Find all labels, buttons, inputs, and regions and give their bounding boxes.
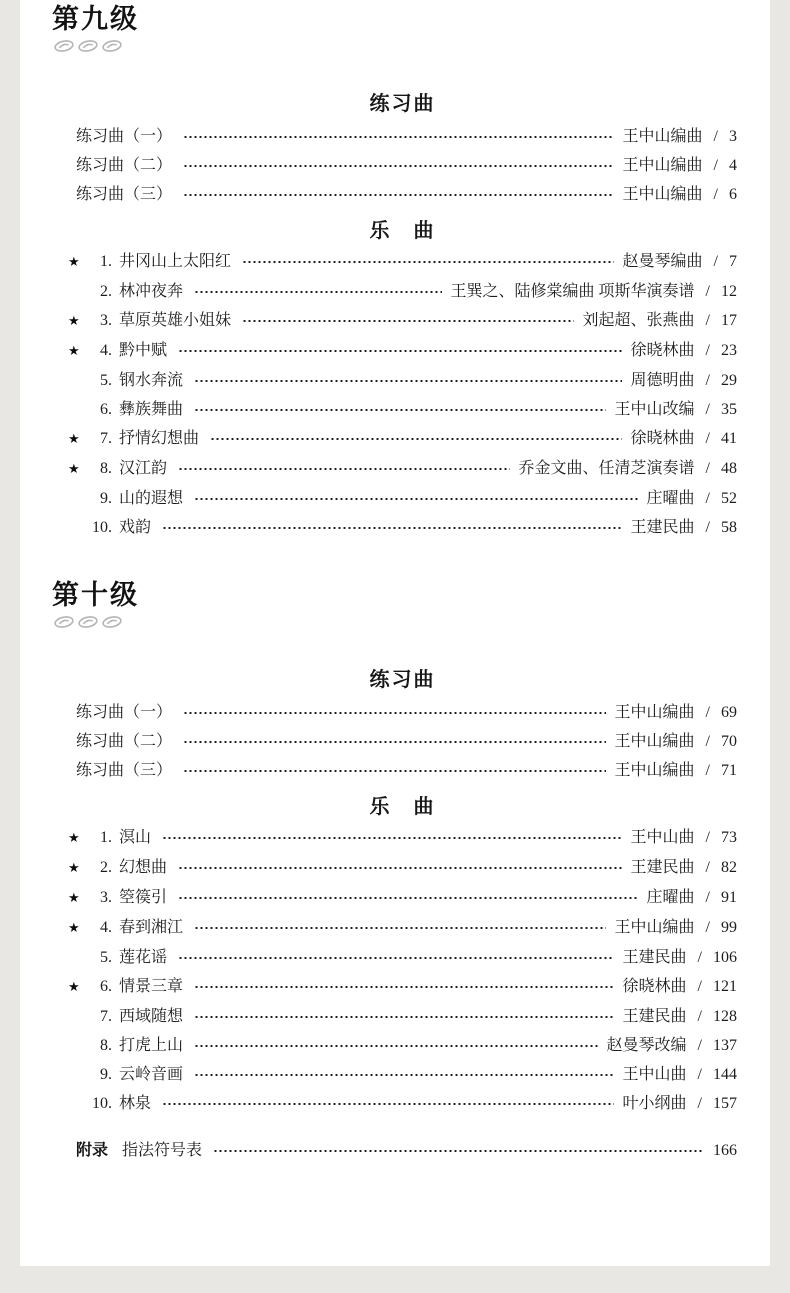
- piece-title: 箜篌引: [119, 889, 167, 907]
- page-separator: /: [706, 460, 710, 477]
- piece-number: 10.: [88, 519, 112, 537]
- appendix-label: 附录: [76, 1142, 108, 1160]
- star-icon: ★: [68, 313, 88, 331]
- toc-row-piece: 7. 西域随想 王建民曲 / 128: [68, 1002, 737, 1031]
- star-icon: ★: [68, 343, 88, 361]
- dot-leader: [162, 527, 622, 529]
- page-number: 3: [729, 128, 737, 145]
- piece-title: 黔中赋: [119, 342, 167, 360]
- page-separator: /: [714, 128, 718, 145]
- page-separator: /: [706, 704, 710, 721]
- toc-page: 第九级 练习曲 练习曲（一） 王中山编曲 /: [20, 0, 770, 1266]
- composer-page: 庄曜曲 / 52: [647, 490, 737, 508]
- page-number: 41: [721, 430, 737, 447]
- toc-row-etude: 练习曲（二） 王中山编曲 / 70: [68, 727, 737, 756]
- page-separator: /: [698, 1066, 702, 1083]
- page-number: 91: [721, 889, 737, 906]
- piece-title: 汉江韵: [119, 460, 167, 478]
- dot-leader: [194, 498, 638, 500]
- composer: 庄曜曲: [647, 490, 695, 507]
- page-number: 7: [729, 253, 737, 270]
- composer-page: 王中山编曲 / 71: [615, 762, 737, 780]
- page-separator: /: [706, 372, 710, 389]
- toc-row-piece: 9. 云岭音画 王中山曲 / 144: [68, 1060, 737, 1089]
- piece-title: 莲花谣: [119, 949, 167, 967]
- composer-page: 周德明曲 / 29: [631, 372, 737, 390]
- page-separator: /: [706, 401, 710, 418]
- composer: 徐晓林曲: [631, 430, 695, 447]
- piece-title: 钢水奔流: [119, 372, 183, 390]
- level-title: 第九级: [52, 2, 737, 36]
- composer: 刘起超、张燕曲: [583, 312, 695, 329]
- page-number: 35: [721, 401, 737, 418]
- toc-row-piece: 5. 莲花谣 王建民曲 / 106: [68, 943, 737, 972]
- page-separator: /: [714, 253, 718, 270]
- piece-title: 练习曲（一）: [76, 128, 172, 146]
- piece-title: 练习曲（三）: [76, 762, 172, 780]
- dot-leader: [178, 897, 638, 899]
- flourish-icon: [54, 614, 124, 630]
- appendix-title: 指法符号表: [122, 1142, 202, 1160]
- piece-title: 云岭音画: [119, 1066, 183, 1084]
- piece-title: 林冲夜奔: [119, 283, 183, 301]
- piece-title: 井冈山上太阳红: [119, 253, 231, 271]
- dot-leader: [194, 1074, 614, 1076]
- toc-row-etude: 练习曲（二） 王中山编曲 / 4: [68, 151, 737, 180]
- toc-row-piece: ★ 7. 抒情幻想曲 徐晓林曲 / 41: [68, 424, 737, 454]
- composer-page: 王建民曲 / 58: [631, 519, 737, 537]
- toc-row-piece: ★ 2. 幻想曲 王建民曲 / 82: [68, 853, 737, 883]
- piece-title: 情景三章: [119, 978, 183, 996]
- page-number: 23: [721, 342, 737, 359]
- piece-number: 8.: [88, 1037, 112, 1055]
- dot-leader: [242, 261, 614, 263]
- toc-row-piece: 6. 彝族舞曲 王中山改编 / 35: [68, 395, 737, 424]
- dot-leader: [242, 320, 574, 322]
- piece-title: 山的遐想: [119, 490, 183, 508]
- etudes-list: 练习曲（一） 王中山编曲 / 3 练习曲（二） 王中山编曲 / 4: [68, 122, 737, 209]
- pieces-heading: 乐 曲: [68, 217, 737, 245]
- page-separator: /: [698, 949, 702, 966]
- dot-leader: [178, 957, 614, 959]
- composer-page: 王中山编曲 / 6: [623, 186, 737, 204]
- star-icon: ★: [68, 860, 88, 878]
- piece-title: 练习曲（二）: [76, 733, 172, 751]
- dot-leader: [194, 927, 606, 929]
- dot-leader: [210, 438, 622, 440]
- toc-row-piece: 10. 林泉 叶小纲曲 / 157: [68, 1089, 737, 1118]
- dot-leader: [178, 350, 622, 352]
- toc-row-piece: ★ 6. 情景三章 徐晓林曲 / 121: [68, 972, 737, 1002]
- piece-number: 1.: [88, 829, 112, 847]
- composer-page: 徐晓林曲 / 121: [623, 978, 737, 996]
- toc-row-piece: ★ 1. 井冈山上太阳红 赵曼琴编曲 / 7: [68, 247, 737, 277]
- page-number: 128: [713, 1008, 737, 1025]
- pieces-heading: 乐 曲: [68, 793, 737, 821]
- page-separator: /: [698, 978, 702, 995]
- composer: 乔金文曲、任清芝演奏谱: [519, 460, 695, 477]
- piece-number: 3.: [88, 312, 112, 330]
- page-separator: /: [706, 733, 710, 750]
- composer: 徐晓林曲: [623, 978, 687, 995]
- composer-page: 王建民曲 / 106: [623, 949, 737, 967]
- piece-title: 练习曲（二）: [76, 157, 172, 175]
- piece-title: 练习曲（三）: [76, 186, 172, 204]
- page-number: 12: [721, 283, 737, 300]
- page-number: 29: [721, 372, 737, 389]
- pieces-list: ★ 1. 溟山 王中山曲 / 73 ★ 2. 幻想曲: [68, 823, 737, 1118]
- piece-title: 草原英雄小姐妹: [119, 312, 231, 330]
- piece-number: 7.: [88, 430, 112, 448]
- composer-page: 王巽之、陆修棠编曲 项斯华演奏谱 / 12: [451, 283, 737, 301]
- toc-row-piece: ★ 3. 草原英雄小姐妹 刘起超、张燕曲 / 17: [68, 306, 737, 336]
- page-number: 121: [713, 978, 737, 995]
- composer: 王建民曲: [631, 859, 695, 876]
- composer-page: 赵曼琴改编 / 137: [607, 1037, 737, 1055]
- dot-leader: [183, 194, 614, 196]
- level-title: 第十级: [52, 578, 737, 612]
- composer: 赵曼琴编曲: [623, 253, 703, 270]
- page-number: 52: [721, 490, 737, 507]
- composer-page: 徐晓林曲 / 23: [631, 342, 737, 360]
- composer: 王中山改编: [615, 401, 695, 418]
- page-separator: /: [706, 762, 710, 779]
- composer-page: 王中山编曲 / 69: [615, 704, 737, 722]
- page-number: 144: [713, 1066, 737, 1083]
- composer-page: 王中山编曲 / 99: [615, 919, 737, 937]
- page-number: 157: [713, 1095, 737, 1112]
- page-separator: /: [706, 859, 710, 876]
- composer: 王建民曲: [631, 519, 695, 536]
- dot-leader: [162, 1103, 614, 1105]
- piece-title: 西域随想: [119, 1008, 183, 1026]
- page-number: 106: [713, 949, 737, 966]
- piece-number: 9.: [88, 490, 112, 508]
- toc-row-piece: ★ 4. 春到湘江 王中山编曲 / 99: [68, 913, 737, 943]
- dot-leader: [162, 837, 622, 839]
- piece-title: 幻想曲: [119, 859, 167, 877]
- toc-row-piece: 8. 打虎上山 赵曼琴改编 / 137: [68, 1031, 737, 1060]
- page-separator: /: [714, 186, 718, 203]
- composer-page: 庄曜曲 / 91: [647, 889, 737, 907]
- piece-number: 4.: [88, 342, 112, 360]
- star-icon: ★: [68, 979, 88, 997]
- composer: 王中山曲: [631, 829, 695, 846]
- composer: 王中山编曲: [615, 704, 695, 721]
- page-number: 82: [721, 859, 737, 876]
- piece-title: 抒情幻想曲: [119, 430, 199, 448]
- composer-page: 徐晓林曲 / 41: [631, 430, 737, 448]
- star-icon: ★: [68, 920, 88, 938]
- dot-leader: [194, 1016, 614, 1018]
- composer: 王建民曲: [623, 1008, 687, 1025]
- toc-row-etude: 练习曲（三） 王中山编曲 / 71: [68, 756, 737, 785]
- page-separator: /: [706, 889, 710, 906]
- dot-leader: [194, 409, 606, 411]
- piece-number: 9.: [88, 1066, 112, 1084]
- piece-title: 戏韵: [119, 519, 151, 537]
- piece-number: 3.: [88, 889, 112, 907]
- composer-page: 王中山编曲 / 4: [623, 157, 737, 175]
- page-separator: /: [706, 919, 710, 936]
- etudes-list: 练习曲（一） 王中山编曲 / 69 练习曲（二） 王中山编曲 / 70: [68, 698, 737, 785]
- composer-page: 王中山编曲 / 3: [623, 128, 737, 146]
- page-number: 71: [721, 762, 737, 779]
- page-separator: /: [706, 430, 710, 447]
- page-separator: /: [698, 1037, 702, 1054]
- piece-number: 2.: [88, 283, 112, 301]
- dot-leader: [194, 380, 622, 382]
- dot-leader: [194, 986, 614, 988]
- pieces-list: ★ 1. 井冈山上太阳红 赵曼琴编曲 / 7 2. 林冲夜奔: [68, 247, 737, 542]
- composer-page: 王中山曲 / 144: [623, 1066, 737, 1084]
- page-number: 48: [721, 460, 737, 477]
- page-separator: /: [706, 312, 710, 329]
- composer-page: 王中山编曲 / 70: [615, 733, 737, 751]
- dot-leader: [213, 1150, 704, 1152]
- toc-row-etude: 练习曲（一） 王中山编曲 / 3: [68, 122, 737, 151]
- composer-page: 赵曼琴编曲 / 7: [623, 253, 737, 271]
- page-number: 137: [713, 1037, 737, 1054]
- toc-row-appendix: 附录 指法符号表 166: [68, 1136, 737, 1165]
- piece-number: 5.: [88, 372, 112, 390]
- piece-number: 10.: [88, 1095, 112, 1113]
- dot-leader: [183, 770, 606, 772]
- toc-row-piece: 5. 钢水奔流 周德明曲 / 29: [68, 366, 737, 395]
- composer: 徐晓林曲: [631, 342, 695, 359]
- piece-number: 5.: [88, 949, 112, 967]
- piece-number: 7.: [88, 1008, 112, 1026]
- piece-number: 6.: [88, 978, 112, 996]
- composer: 王中山曲: [623, 1066, 687, 1083]
- page-separator: /: [698, 1008, 702, 1025]
- toc-row-piece: 9. 山的遐想 庄曜曲 / 52: [68, 484, 737, 513]
- etudes-heading: 练习曲: [68, 90, 737, 118]
- composer-page: 王中山曲 / 73: [631, 829, 737, 847]
- composer: 赵曼琴改编: [607, 1037, 687, 1054]
- page-number: 4: [729, 157, 737, 174]
- page-separator: /: [698, 1095, 702, 1112]
- toc-row-etude: 练习曲（三） 王中山编曲 / 6: [68, 180, 737, 209]
- composer-page: 王建民曲 / 82: [631, 859, 737, 877]
- piece-title: 彝族舞曲: [119, 401, 183, 419]
- page-number: 99: [721, 919, 737, 936]
- star-icon: ★: [68, 890, 88, 908]
- page-number: 166: [713, 1142, 737, 1160]
- page-separator: /: [706, 283, 710, 300]
- toc-row-piece: ★ 3. 箜篌引 庄曜曲 / 91: [68, 883, 737, 913]
- composer: 王建民曲: [623, 949, 687, 966]
- star-icon: ★: [68, 461, 88, 479]
- dot-leader: [178, 468, 510, 470]
- piece-number: 6.: [88, 401, 112, 419]
- page-number: 73: [721, 829, 737, 846]
- composer: 王中山编曲: [623, 186, 703, 203]
- toc-row-piece: 2. 林冲夜奔 王巽之、陆修棠编曲 项斯华演奏谱 / 12: [68, 277, 737, 306]
- composer: 王中山编曲: [623, 157, 703, 174]
- composer: 王中山编曲: [615, 733, 695, 750]
- page-number: 70: [721, 733, 737, 750]
- piece-number: 2.: [88, 859, 112, 877]
- dot-leader: [194, 291, 442, 293]
- dot-leader: [183, 165, 614, 167]
- composer-page: 刘起超、张燕曲 / 17: [583, 312, 737, 330]
- etudes-heading: 练习曲: [68, 666, 737, 694]
- dot-leader: [194, 1045, 598, 1047]
- page-separator: /: [714, 157, 718, 174]
- piece-number: 1.: [88, 253, 112, 271]
- toc-row-etude: 练习曲（一） 王中山编曲 / 69: [68, 698, 737, 727]
- star-icon: ★: [68, 254, 88, 272]
- toc-row-piece: ★ 4. 黔中赋 徐晓林曲 / 23: [68, 336, 737, 366]
- composer: 王巽之、陆修棠编曲 项斯华演奏谱: [451, 283, 695, 300]
- piece-title: 溟山: [119, 829, 151, 847]
- page-separator: /: [706, 829, 710, 846]
- composer: 周德明曲: [631, 372, 695, 389]
- composer: 王中山编曲: [615, 762, 695, 779]
- piece-number: 4.: [88, 919, 112, 937]
- toc-row-piece: ★ 1. 溟山 王中山曲 / 73: [68, 823, 737, 853]
- dot-leader: [183, 136, 614, 138]
- star-icon: ★: [68, 830, 88, 848]
- page-separator: /: [706, 342, 710, 359]
- star-icon: ★: [68, 431, 88, 449]
- composer-page: 王建民曲 / 128: [623, 1008, 737, 1026]
- page-number: 58: [721, 519, 737, 536]
- composer: 庄曜曲: [647, 889, 695, 906]
- composer: 王中山编曲: [615, 919, 695, 936]
- dot-leader: [183, 712, 606, 714]
- composer: 叶小纲曲: [623, 1095, 687, 1112]
- piece-title: 春到湘江: [119, 919, 183, 937]
- dot-leader: [183, 741, 606, 743]
- page-separator: /: [706, 519, 710, 536]
- piece-number: 8.: [88, 460, 112, 478]
- page-number: 69: [721, 704, 737, 721]
- composer: 王中山编曲: [623, 128, 703, 145]
- page-separator: /: [706, 490, 710, 507]
- page-number: 6: [729, 186, 737, 203]
- piece-title: 林泉: [119, 1095, 151, 1113]
- page-number: 17: [721, 312, 737, 329]
- level-10-section: 第十级 练习曲 练习曲（一） 王中山编曲 /: [68, 578, 737, 1118]
- toc-row-piece: 10. 戏韵 王建民曲 / 58: [68, 513, 737, 542]
- piece-title: 练习曲（一）: [76, 704, 172, 722]
- composer-page: 乔金文曲、任清芝演奏谱 / 48: [519, 460, 737, 478]
- flourish-icon: [54, 38, 124, 54]
- composer-page: 王中山改编 / 35: [615, 401, 737, 419]
- composer-page: 叶小纲曲 / 157: [623, 1095, 737, 1113]
- toc-row-piece: ★ 8. 汉江韵 乔金文曲、任清芝演奏谱 / 48: [68, 454, 737, 484]
- dot-leader: [178, 867, 622, 869]
- piece-title: 打虎上山: [119, 1037, 183, 1055]
- level-9-section: 第九级 练习曲 练习曲（一） 王中山编曲 /: [68, 2, 737, 542]
